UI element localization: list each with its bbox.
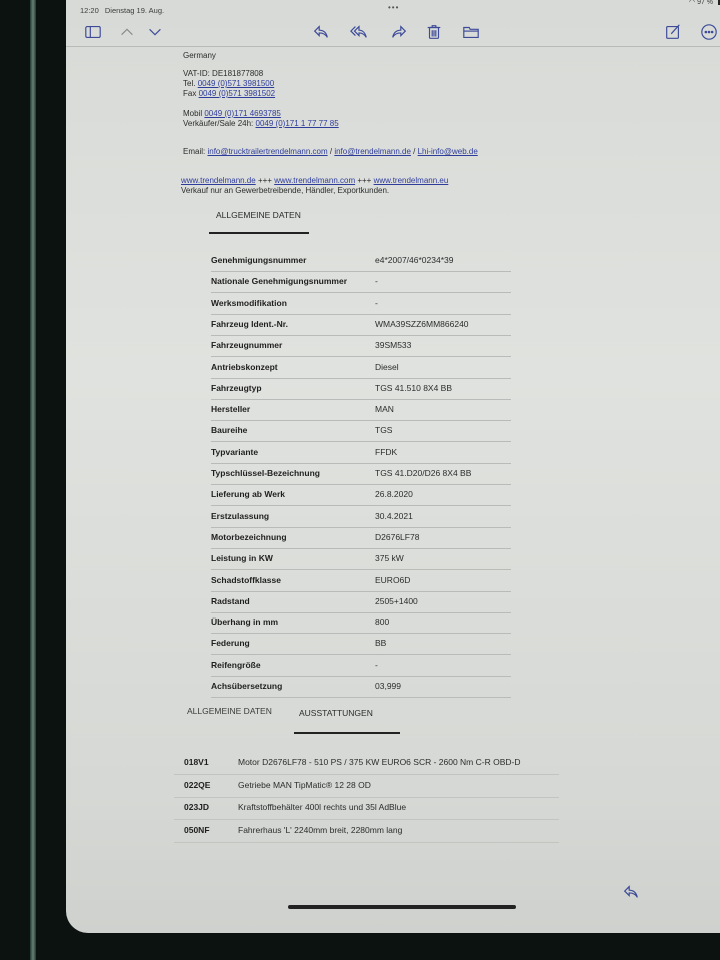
device-bezel: [30, 0, 36, 960]
vat-id: VAT-ID: DE181877808: [183, 69, 263, 79]
web-link-3[interactable]: www.trendelmann.eu: [374, 176, 449, 185]
spec-row: FahrzeugtypTGS 41.510 8X4 BB: [211, 378, 511, 400]
status-right: ◠ 97 %: [689, 0, 720, 6]
spec-value: 03,999: [375, 681, 401, 691]
spec-row: SchadstoffklasseEURO6D: [211, 570, 511, 592]
status-time: 12:20: [80, 6, 99, 15]
active-tab-indicator: [209, 232, 309, 234]
web-link-1[interactable]: www.trendelmann.de: [181, 176, 256, 185]
tab-allgemeine-daten[interactable]: ALLGEMEINE DATEN: [187, 706, 272, 716]
spec-row: HerstellerMAN: [211, 399, 511, 421]
email-link-1[interactable]: info@trucktrailertrendelmann.com: [207, 147, 327, 156]
chevron-up-icon[interactable]: [116, 22, 138, 42]
equipment-code: 023JD: [184, 802, 209, 812]
spec-label: Überhang in mm: [211, 617, 278, 627]
spec-row: Achsübersetzung03,999: [211, 676, 511, 698]
equipment-row: 050NFFahrerhaus 'L' 2240mm breit, 2280mm…: [174, 820, 559, 843]
equipment-code: 018V1: [184, 757, 209, 767]
tab-ausstattungen[interactable]: AUSSTATTUNGEN: [299, 708, 373, 718]
spec-row: Werksmodifikation-: [211, 293, 511, 315]
spec-value: -: [375, 298, 378, 308]
more-icon[interactable]: [698, 22, 720, 42]
spec-value: TGS 41.510 8X4 BB: [375, 383, 452, 393]
spec-label: Genehmigungsnummer: [211, 255, 306, 265]
spec-row: Genehmigungsnummere4*2007/46*0234*39: [211, 250, 511, 272]
spec-label: Schadstoffklasse: [211, 575, 281, 585]
equipment-code: 022QE: [184, 780, 210, 790]
forward-icon[interactable]: [388, 22, 410, 42]
spec-label: Reifengröße: [211, 660, 261, 670]
spec-value: EURO6D: [375, 575, 410, 585]
email-link-2[interactable]: info@trendelmann.de: [334, 147, 411, 156]
spec-label: Lieferung ab Werk: [211, 489, 285, 499]
spec-label: Baureihe: [211, 425, 247, 435]
equipment-description: Fahrerhaus 'L' 2240mm breit, 2280mm lang: [238, 825, 402, 835]
spec-value: 30.4.2021: [375, 511, 413, 521]
spec-row: Lieferung ab Werk26.8.2020: [211, 484, 511, 506]
spec-value: -: [375, 276, 378, 286]
spec-value: 2505+1400: [375, 596, 418, 606]
spec-value: -: [375, 660, 378, 670]
spec-label: Fahrzeug Ident.-Nr.: [211, 319, 288, 329]
equipment-row: 023JDKraftstoffbehälter 400l rechts und …: [174, 797, 559, 820]
email-line: Email: info@trucktrailertrendelmann.com …: [183, 147, 478, 157]
reply-icon[interactable]: [310, 22, 332, 42]
tel-line: Tel. 0049 (0)571 3981500: [183, 79, 274, 89]
spec-value: 800: [375, 617, 389, 627]
spec-row: Leistung in KW375 kW: [211, 548, 511, 570]
spec-row: Überhang in mm800: [211, 612, 511, 634]
spec-row: TypvarianteFFDK: [211, 442, 511, 464]
equipment-row: 018V1Motor D2676LF78 - 510 PS / 375 KW E…: [174, 752, 559, 775]
spec-label: Typvariante: [211, 447, 258, 457]
fax-line: Fax 0049 (0)571 3981502: [183, 89, 275, 99]
email-link-3[interactable]: Lhi-info@web.de: [418, 147, 478, 156]
spec-row: Radstand2505+1400: [211, 591, 511, 613]
folder-icon[interactable]: [460, 22, 482, 42]
spec-row: Reifengröße-: [211, 655, 511, 677]
wifi-icon: ◠: [689, 0, 695, 6]
spec-label: Typschlüssel-Bezeichnung: [211, 468, 320, 478]
sale-line: Verkäufer/Sale 24h: 0049 (0)171 1 77 77 …: [183, 119, 339, 129]
spec-label: Erstzulassung: [211, 511, 269, 521]
trash-icon[interactable]: [423, 22, 445, 42]
equipment-description: Kraftstoffbehälter 400l rechts und 35l A…: [238, 802, 406, 812]
spec-value: TGS 41.D20/D26 8X4 BB: [375, 468, 471, 478]
mobil-line: Mobil 0049 (0)171 4693785: [183, 109, 281, 119]
mail-toolbar: [66, 18, 720, 47]
spec-row: Fahrzeug Ident.-Nr.WMA39SZZ6MM866240: [211, 314, 511, 336]
spec-label: Antriebskonzept: [211, 362, 278, 372]
sidebar-icon[interactable]: [82, 22, 104, 42]
sales-note: Verkauf nur an Gewerbetreibende, Händler…: [181, 186, 389, 196]
spec-label: Fahrzeugtyp: [211, 383, 262, 393]
spec-row: MotorbezeichnungD2676LF78: [211, 527, 511, 549]
spec-value: Diesel: [375, 362, 399, 372]
tab-allgemeine-daten-top[interactable]: ALLGEMEINE DATEN: [216, 210, 301, 220]
spec-value: TGS: [375, 425, 392, 435]
web-link-2[interactable]: www.trendelmann.com: [274, 176, 355, 185]
spec-value: 375 kW: [375, 553, 404, 563]
web-line: www.trendelmann.de +++ www.trendelmann.c…: [181, 176, 448, 186]
equipment-code: 050NF: [184, 825, 210, 835]
spec-label: Fahrzeugnummer: [211, 340, 282, 350]
spec-label: Achsübersetzung: [211, 681, 282, 691]
spec-label: Motorbezeichnung: [211, 532, 287, 542]
spec-row: AntriebskonzeptDiesel: [211, 357, 511, 379]
spec-row: FederungBB: [211, 633, 511, 655]
spec-row: Typschlüssel-BezeichnungTGS 41.D20/D26 8…: [211, 463, 511, 485]
reply-icon-bottom[interactable]: [620, 882, 642, 902]
multitask-grabber[interactable]: •••: [388, 3, 399, 12]
compose-icon[interactable]: [662, 22, 684, 42]
equipment-row: 022QEGetriebe MAN TipMatic® 12 28 OD: [174, 775, 559, 798]
spec-label: Nationale Genehmigungsnummer: [211, 276, 347, 286]
equipment-description: Motor D2676LF78 - 510 PS / 375 KW EURO6 …: [238, 757, 520, 767]
status-bar: 12:20 Dienstag 19. Aug.: [80, 6, 164, 15]
spec-label: Leistung in KW: [211, 553, 273, 563]
sale-link[interactable]: 0049 (0)171 1 77 77 85: [256, 119, 339, 128]
spec-value: 39SM533: [375, 340, 411, 350]
spec-row: Erstzulassung30.4.2021: [211, 506, 511, 528]
mobil-link[interactable]: 0049 (0)171 4693785: [204, 109, 281, 118]
spec-value: MAN: [375, 404, 394, 414]
spec-value: e4*2007/46*0234*39: [375, 255, 453, 265]
spec-row: BaureiheTGS: [211, 420, 511, 442]
spec-row: Fahrzeugnummer39SM533: [211, 335, 511, 357]
spec-label: Hersteller: [211, 404, 250, 414]
spec-value: 26.8.2020: [375, 489, 413, 499]
tel-link[interactable]: 0049 (0)571 3981500: [198, 79, 275, 88]
spec-value: BB: [375, 638, 386, 648]
status-date: Dienstag 19. Aug.: [105, 6, 164, 15]
spec-label: Radstand: [211, 596, 250, 606]
spec-value: FFDK: [375, 447, 397, 457]
spec-value: WMA39SZZ6MM866240: [375, 319, 469, 329]
battery-percent: 97 %: [697, 0, 713, 6]
spec-label: Federung: [211, 638, 250, 648]
reply-all-icon[interactable]: [348, 22, 370, 42]
home-indicator[interactable]: [288, 905, 516, 909]
equipment-description: Getriebe MAN TipMatic® 12 28 OD: [238, 780, 371, 790]
fax-link[interactable]: 0049 (0)571 3981502: [199, 89, 276, 98]
active-tab-indicator-bottom: [294, 732, 400, 734]
mail-screen: 12:20 Dienstag 19. Aug. ••• ◠ 97 %: [66, 0, 720, 933]
spec-value: D2676LF78: [375, 532, 419, 542]
spec-row: Nationale Genehmigungsnummer-: [211, 271, 511, 293]
country: Germany: [183, 51, 216, 61]
chevron-down-icon[interactable]: [144, 22, 166, 42]
spec-label: Werksmodifikation: [211, 298, 287, 308]
